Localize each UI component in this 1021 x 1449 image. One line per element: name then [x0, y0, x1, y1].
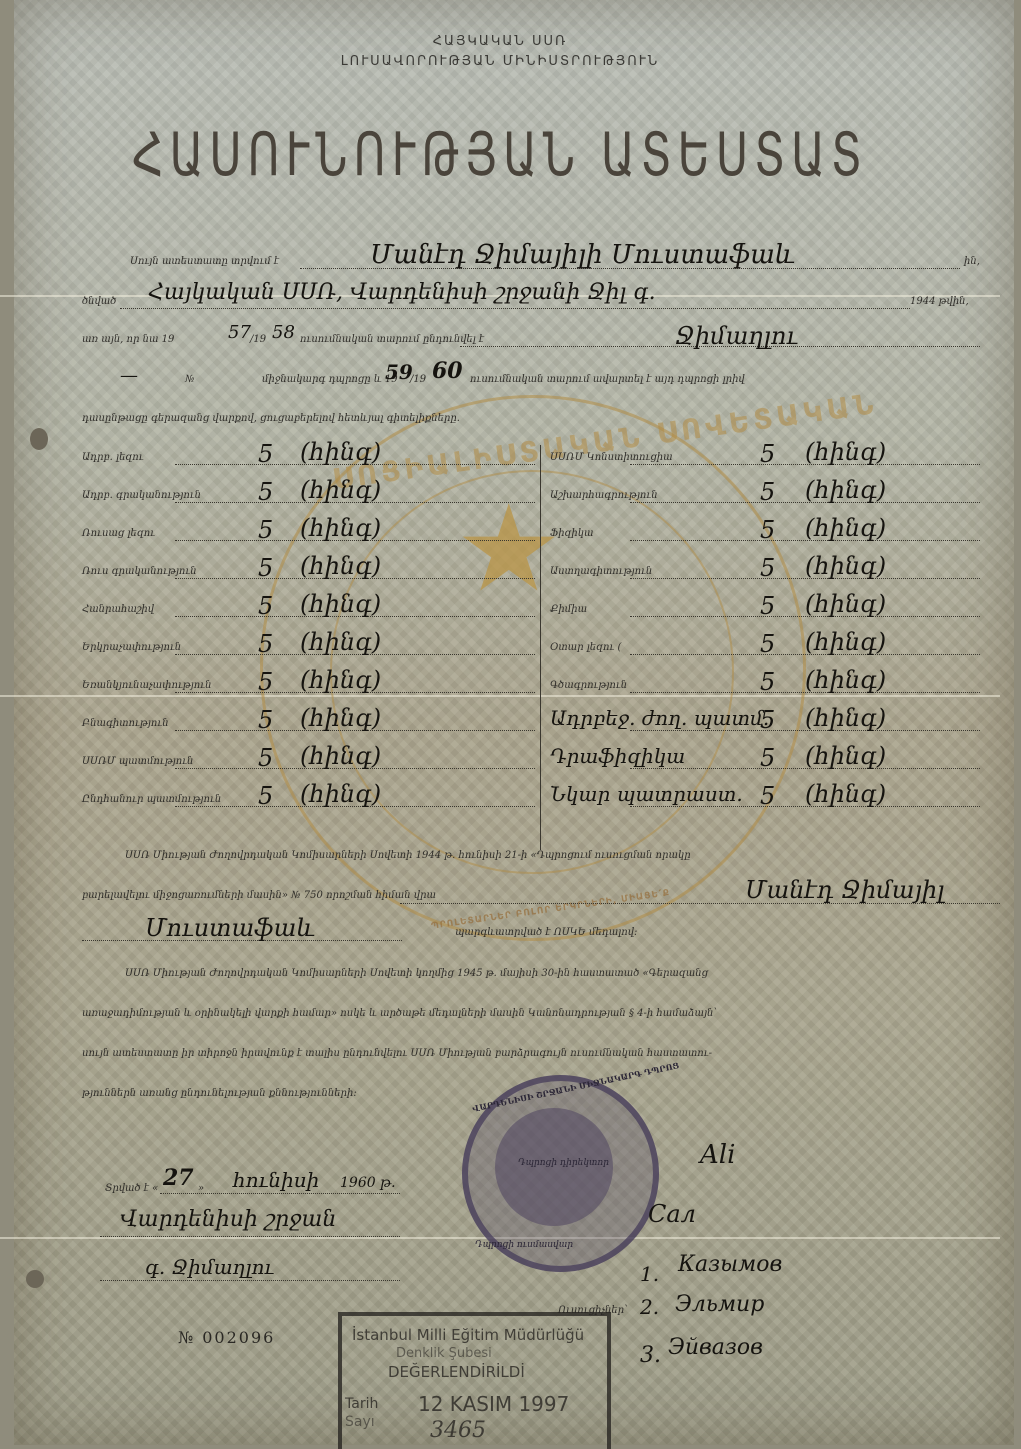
decree2-line3: սույն ատեստատը իր տիրոջն իրավունք է տալի… — [82, 1048, 712, 1059]
grad-text: միջնակարգ դպրոցը և 19 — [262, 374, 398, 385]
decree2-line2: առաջադիմության և օրինակելի վարքի համար» … — [82, 1008, 717, 1019]
stamp-line3: DEĞERLENDİRİLDİ — [388, 1363, 525, 1381]
grade-value: 5 — [760, 554, 775, 582]
grade-value: 5 — [760, 782, 775, 810]
fill-line — [100, 1280, 400, 1281]
director-signature: Ali — [700, 1140, 735, 1170]
subject-name: Ֆիզիկա — [550, 528, 594, 539]
grade-value: 5 — [258, 706, 273, 734]
decree2-line4: թյուններն առանց ընդունելության քննությու… — [82, 1088, 357, 1099]
grade-words: (հինգ) — [805, 476, 886, 504]
stamp-no-label: Sayı — [345, 1414, 375, 1430]
grade-words: (հինգ) — [300, 628, 381, 656]
enroll-year1: 57 — [228, 322, 251, 343]
grade-value: 5 — [760, 478, 775, 506]
decree1-line1: ՍՍՌ Միության Ժողովրդական Կոմիսարների Սով… — [125, 850, 691, 861]
grade-words: (հինգ) — [805, 666, 886, 694]
issued-label: Տրված է « — [105, 1183, 158, 1194]
star-icon: ★ — [455, 490, 563, 610]
fill-line — [100, 1236, 400, 1237]
born-label: ծնված — [82, 296, 116, 307]
grade-value: 5 — [760, 668, 775, 696]
grade-words: (հինգ) — [300, 704, 381, 732]
grade-value: 5 — [760, 744, 775, 772]
stamp-date-value: 12 KASIM 1997 — [418, 1392, 569, 1416]
grade-words: (հինգ) — [300, 742, 381, 770]
grade-value: 5 — [258, 630, 273, 658]
birthplace: Հայկական ՍՍՌ, Վարդենիսի շրջանի Ջիլ գ. — [148, 280, 656, 305]
grade-value: 5 — [760, 440, 775, 468]
school-number-dash: — — [120, 365, 138, 386]
teacher3-number: 3. — [640, 1343, 661, 1368]
document-title: ՀԱՍՈՒՆՈՒԹՅԱՆ ԱՏԵՍՏԱՏ — [0, 121, 1000, 190]
stamp-date-label: Tarih — [345, 1396, 378, 1412]
grade-value: 5 — [258, 478, 273, 506]
grade-words: (հինգ) — [805, 438, 886, 466]
subject-name: Հանրահաշիվ — [82, 604, 154, 615]
teacher2-signature: Эльмир — [675, 1292, 764, 1317]
seal-vice-label: Դպրոցի ուսմասվար — [475, 1240, 573, 1250]
fill-line — [120, 308, 910, 309]
subject-name: Քիմիա — [550, 604, 587, 615]
enroll-sep: /19 — [250, 334, 266, 345]
school-name: Ջիմաղլու — [675, 322, 798, 350]
grade-words: (հինգ) — [805, 628, 886, 656]
issued-day: 27 — [163, 1165, 194, 1191]
subject-name: Բնագիտություն — [82, 718, 169, 729]
grade-value: 5 — [760, 706, 775, 734]
grade-words: (հինգ) — [805, 552, 886, 580]
grade-words: (հինգ) — [300, 476, 381, 504]
grad-year2: 60 — [432, 358, 463, 384]
medal-student-name-2: Մուստաֆաև — [145, 914, 315, 942]
student-name: Մանէդ Ջիմայիլի Մուստաֆաև — [370, 240, 795, 270]
subject-name: Ռուս գրականություն — [82, 566, 197, 577]
subject-name: Աշխարհագրություն — [550, 490, 658, 501]
vice-signature: Сал — [648, 1200, 696, 1228]
grade-value: 5 — [258, 516, 273, 544]
grade-value: 5 — [258, 744, 273, 772]
subject-name: Երկրաչափություն — [82, 642, 181, 653]
subject-name: Եռանկյունաչափություն — [82, 680, 211, 691]
grade-value: 5 — [258, 782, 273, 810]
grade-words: (հինգ) — [300, 590, 381, 618]
subject-name: Ռուսաց լեզու — [82, 528, 155, 539]
seal-director-label: Դպրոցի դիրեկտոր — [518, 1158, 609, 1168]
grade-words: (հինգ) — [805, 742, 886, 770]
stamp-no-value: 3465 — [430, 1418, 486, 1443]
grade-words: (հինգ) — [300, 552, 381, 580]
grade-words: (հինգ) — [300, 780, 381, 808]
grade-value: 5 — [258, 554, 273, 582]
ministry-name: ԼՈՒՍԱՎՈՐՈՒԹՅԱՆ ՄԻՆԻՍՏՐՈՒԹՅՈՒՆ — [0, 54, 1000, 69]
grade-value: 5 — [258, 440, 273, 468]
medal-student-name-1: Մանէդ Ջիմայիլ — [745, 876, 944, 904]
subject-name: Ընդհանուր պատմություն — [82, 794, 221, 805]
grade-value: 5 — [760, 516, 775, 544]
grad-text2: ուսումնական տարում ավարտել է այդ դպրոցի … — [470, 374, 745, 385]
grade-value: 5 — [760, 592, 775, 620]
subject-name: Նկար պատրաստ. — [550, 782, 743, 806]
grade-value: 5 — [760, 630, 775, 658]
decree2-line1: ՍՍՌ Միության Ժողովրդական Կոմիսարների Սով… — [125, 968, 708, 979]
subject-name: ՍՍՌՄ Կոնստիտուցիա — [550, 452, 673, 463]
intro-label: Սույն ատեստատը տրվում է — [130, 256, 279, 267]
subject-name: Օտար լեզու ( — [550, 642, 621, 653]
issued-year: 1960 թ. — [340, 1175, 396, 1191]
grad-sep: /19 — [410, 374, 426, 385]
decree1-line2: բարելավելու միջոցառումների մասին» № 750 … — [82, 890, 436, 901]
subject-name: Ադրբ. լեզու — [82, 452, 144, 463]
grade-words: (հինգ) — [805, 514, 886, 542]
number-sign: № — [185, 374, 194, 385]
teacher2-number: 2. — [640, 1295, 659, 1319]
issued-district: Վարդենիսի շրջան — [120, 1207, 336, 1232]
subject-name: Դրաֆիզիկա — [550, 744, 685, 768]
teacher1-number: 1. — [640, 1262, 659, 1286]
grad-text3: դասընթացը գերազանց վարքով, ցուցաբերելով … — [82, 413, 460, 424]
stamp-line1: İstanbul Milli Eğitim Müdürlüğü — [352, 1326, 584, 1344]
grade-words: (հինգ) — [300, 666, 381, 694]
punch-hole — [26, 1270, 44, 1288]
grade-value: 5 — [258, 592, 273, 620]
issued-month: հունիսի — [233, 1168, 319, 1192]
subject-name: Գծագրություն — [550, 680, 627, 691]
republic-name: ՀԱՅԿԱԿԱՆ ՍՍՌ — [0, 34, 1000, 49]
enroll-label: ուսումնական տարում ընդունվել է — [300, 334, 484, 345]
teacher1-signature: Казымов — [678, 1252, 782, 1277]
grades-divider — [540, 445, 541, 850]
enroll-prefix: առ այն, որ նա 19 — [82, 334, 174, 345]
fill-line — [160, 1193, 400, 1194]
grade-words: (հինգ) — [805, 704, 886, 732]
subject-name: Ադրբեջ. ժող. պատմ. — [550, 706, 769, 730]
certificate-serial-number: № 002096 — [178, 1328, 275, 1347]
birth-year: 1944 թվին, — [910, 296, 969, 307]
punch-hole — [30, 428, 48, 450]
grade-words: (հինգ) — [300, 514, 381, 542]
stamp-line2: Denklik Şubesi — [396, 1346, 492, 1361]
issued-village: գ. Ջիմաղլու — [145, 1255, 274, 1279]
grade-words: (հինգ) — [805, 780, 886, 808]
decree1-line3: պարգևատրված է ՈՍԿԵ մեդալով: — [455, 927, 637, 938]
enroll-year2: 58 — [272, 322, 295, 343]
grad-year1: 59 — [385, 360, 413, 384]
teacher3-signature: Эйвазов — [668, 1335, 763, 1360]
subject-name: Ադրբ. գրականություն — [82, 490, 201, 501]
subject-name: ՍՍՌՄ պատմություն — [82, 756, 193, 767]
grade-words: (հինգ) — [805, 590, 886, 618]
grade-words: (հինգ) — [300, 438, 381, 466]
intro-suffix: ին, — [964, 256, 980, 267]
grade-value: 5 — [258, 668, 273, 696]
subject-name: Աստղագիտություն — [550, 566, 652, 577]
